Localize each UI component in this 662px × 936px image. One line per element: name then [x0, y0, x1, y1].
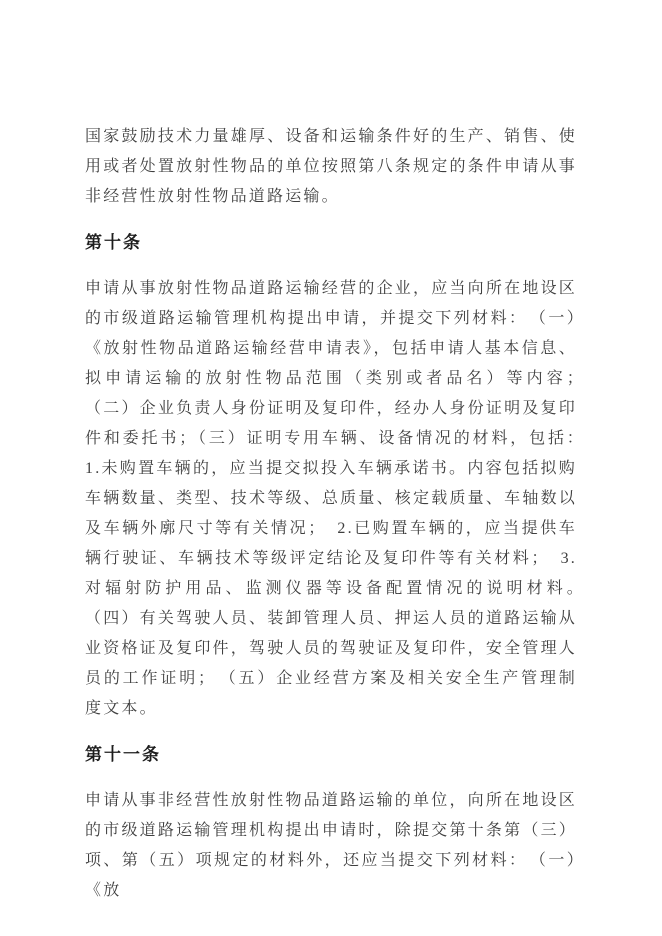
article-11-heading: 第十一条 [85, 740, 577, 770]
document-page: 国家鼓励技术力量雄厚、设备和运输条件好的生产、销售、使用或者处置放射性物品的单位… [0, 0, 662, 936]
article-10-body: 申请从事放射性物品道路运输经营的企业，应当向所在地设区的市级道路运输管理机构提出… [85, 274, 577, 724]
article-11-body: 申请从事非经营性放射性物品道路运输的单位，向所在地设区的市级道路运输管理机构提出… [85, 786, 577, 906]
article-10-heading: 第十条 [85, 228, 577, 258]
paragraph-national-encouragement: 国家鼓励技术力量雄厚、设备和运输条件好的生产、销售、使用或者处置放射性物品的单位… [85, 122, 577, 212]
